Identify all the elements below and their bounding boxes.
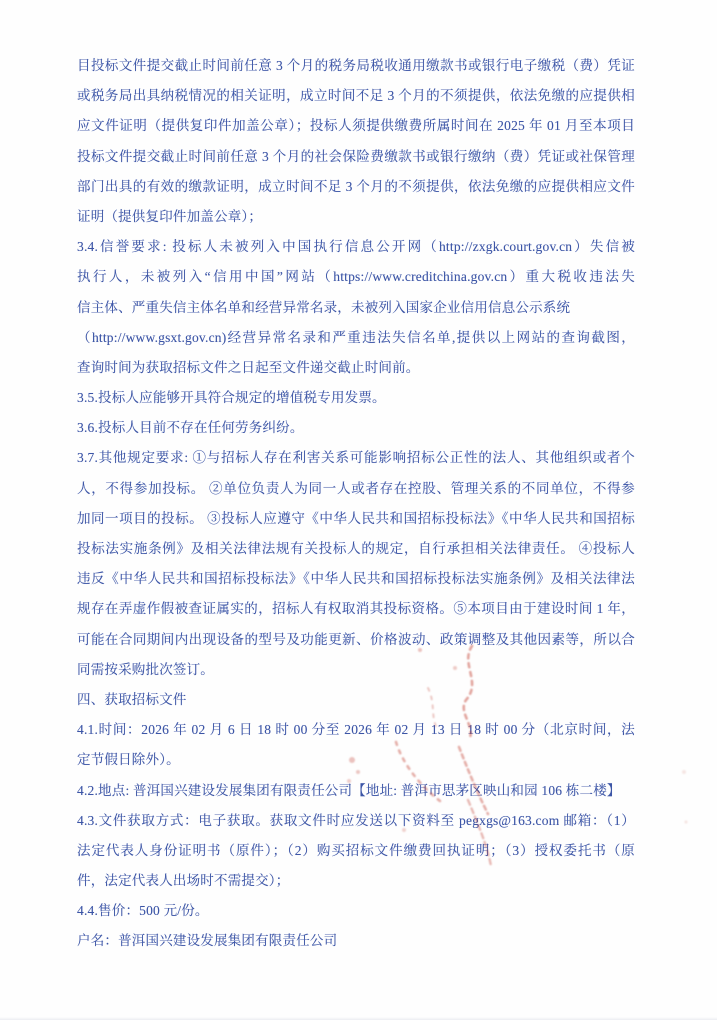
document-line: 应文件证明（提供复印件加盖公章）；投标人须提供缴费所属时间在 2025 年 01… xyxy=(77,111,635,141)
scanned-document-page: 目投标文件提交截止时间前任意 3 个月的税务局税收通用缴款书或银行电子缴税（费）… xyxy=(0,0,717,1020)
document-line: 规存在弄虚作假被查证属实的，招标人有权取消其投标资格。⑤本项目由于建设时间 1 … xyxy=(77,594,635,624)
document-line: 可能在合同期间内出现设备的型号及功能更新、价格波动、政策调整及其他因素等，所以合 xyxy=(77,625,635,655)
document-line: 投标文件提交截止时间前任意 3 个月的社会保险费缴款书或银行缴纳（费）凭证或社保… xyxy=(77,142,635,172)
document-line: 3.7.其他规定要求: ①与招标人存在利害关系可能影响招标公正性的法人、其他组织… xyxy=(77,443,635,473)
document-line: 4.1.时间：2026 年 02 月 6 日 18 时 00 分至 2026 年… xyxy=(77,715,635,745)
document-line: 3.4.信誉要求: 投标人未被列入中国执行信息公开网（http://zxgk.c… xyxy=(77,232,635,262)
document-line: 或税务局出具纳税情况的相关证明，成立时间不足 3 个月的不须提供，依法免缴的应提… xyxy=(77,81,635,111)
document-line: 户名：普洱国兴建设发展集团有限责任公司 xyxy=(77,926,635,956)
document-line: （http://www.gsxt.gov.cn)经营异常名录和严重违法失信名单,… xyxy=(77,323,635,353)
document-line: 信主体、严重失信主体名单和经营异常名录，未被列入国家企业信用信息公示系统 xyxy=(77,293,635,323)
document-line: 违反《中华人民共和国招标投标法》《中华人民共和国招标投标法实施条例》及相关法律法 xyxy=(77,564,635,594)
document-line: 3.5.投标人应能够开具符合规定的增值税专用发票。 xyxy=(77,383,635,413)
document-line: 3.6.投标人目前不存在任何劳务纠纷。 xyxy=(77,413,635,443)
document-line: 查询时间为获取招标文件之日起至文件递交截止时间前。 xyxy=(77,353,635,383)
document-line: 件，法定代表人出场时不需提交）； xyxy=(77,866,635,896)
document-line: 法定代表人身份证明书（原件）；（2）购买招标文件缴费回执证明；（3）授权委托书（… xyxy=(77,836,635,866)
document-line: 同需按采购批次签订。 xyxy=(77,655,635,685)
document-text-block: 目投标文件提交截止时间前任意 3 个月的税务局税收通用缴款书或银行电子缴税（费）… xyxy=(77,51,635,957)
document-line: 人，不得参加投标。 ②单位负责人为同一人或者存在控股、管理关系的不同单位，不得参 xyxy=(77,474,635,504)
document-line: 部门出具的有效的缴款证明，成立时间不足 3 个月的不须提供，依法免缴的应提供相应… xyxy=(77,172,635,202)
document-line: 4.4.售价：500 元/份。 xyxy=(77,896,635,926)
document-line: 4.2.地点: 普洱国兴建设发展集团有限责任公司【地址: 普洱市思茅区映山和园 … xyxy=(77,776,635,806)
document-line: 执行人，未被列入“信用中国”网站（https://www.creditchina… xyxy=(77,262,635,292)
document-line: 四、获取招标文件 xyxy=(77,685,635,715)
document-line: 目投标文件提交截止时间前任意 3 个月的税务局税收通用缴款书或银行电子缴税（费）… xyxy=(77,51,635,81)
seal-speckle xyxy=(684,820,687,823)
document-line: 定节假日除外）。 xyxy=(77,745,635,775)
document-line: 投标法实施条例》及相关法律法规有关投标人的规定，自行承担相关法律责任。 ④投标人 xyxy=(77,534,635,564)
document-line: 证明（提供复印件加盖公章）； xyxy=(77,202,635,232)
document-line: 加同一项目的投标。 ③投标人应遵守《中华人民共和国招标投标法》《中华人民共和国招… xyxy=(77,504,635,534)
seal-speckle xyxy=(682,770,686,774)
document-line: 4.3.文件获取方式：电子获取。获取文件时应发送以下资料至 pegxgs@163… xyxy=(77,806,635,836)
